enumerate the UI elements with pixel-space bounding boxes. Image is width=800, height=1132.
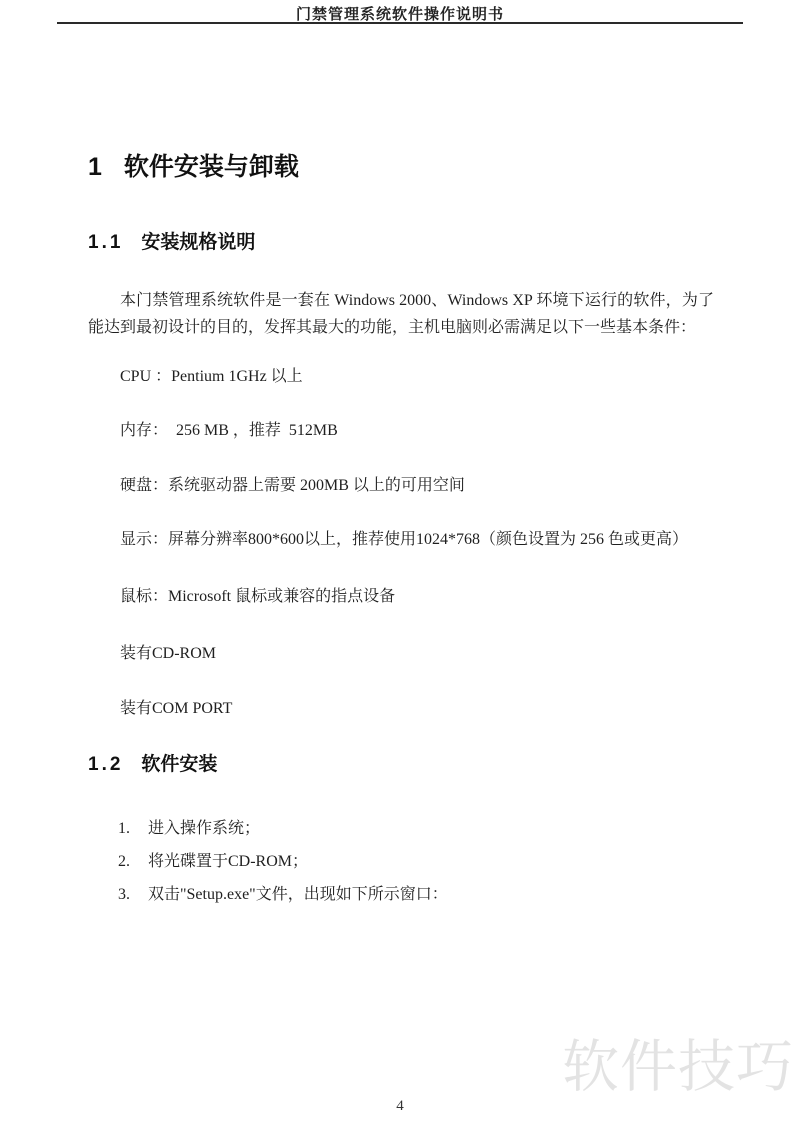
section-1-2-number: 1.2: [88, 751, 123, 778]
step-number: 3.: [118, 884, 148, 905]
document-page: 门禁管理系统软件操作说明书 1软件安装与卸载 1.1安装规格说明 本门禁管理系统…: [0, 0, 800, 1132]
section-1-1-title: 安装规格说明: [141, 232, 255, 253]
requirement-comport: 装有COM PORT: [120, 698, 712, 719]
step-text: 进入操作系统；: [148, 820, 260, 837]
install-step: 2.将光碟置于CD-ROM；: [118, 851, 712, 872]
requirement-cdrom: 装有CD-ROM: [120, 643, 712, 664]
intro-paragraph: 本门禁管理系统软件是一套在 Windows 2000、Windows XP 环境…: [88, 287, 714, 341]
page-number: 4: [0, 1098, 800, 1115]
install-step: 3.双击"Setup.exe"文件，出现如下所示窗口：: [118, 884, 712, 905]
section-heading-1-1: 1.1安装规格说明: [88, 229, 712, 256]
step-text: 双击"Setup.exe"文件，出现如下所示窗口：: [148, 886, 448, 903]
requirement-display: 显示：屏幕分辨率800*600以上，推荐使用1024*768（颜色设置为 256…: [120, 529, 712, 550]
section-1-2-title: 软件安装: [141, 754, 217, 775]
section-1-1-number: 1.1: [88, 229, 123, 256]
page-header-title: 门禁管理系统软件操作说明书: [0, 3, 800, 24]
watermark-text: 软件技巧: [562, 1036, 794, 1098]
chapter-title: 软件安装与卸载: [124, 153, 299, 181]
step-text: 将光碟置于CD-ROM；: [148, 853, 308, 870]
requirement-disk: 硬盘：系统驱动器上需要 200MB 以上的可用空间: [120, 475, 712, 496]
header-divider-rule: [57, 22, 743, 24]
requirement-mouse: 鼠标：Microsoft 鼠标或兼容的指点设备: [120, 586, 712, 607]
chapter-number: 1: [88, 150, 102, 184]
requirement-memory: 内存： 256 MB ，推荐 512MB: [120, 420, 712, 441]
step-number: 1.: [118, 818, 148, 839]
chapter-heading: 1软件安装与卸载: [88, 150, 712, 184]
step-number: 2.: [118, 851, 148, 872]
requirement-cpu: CPU ：Pentium 1GHz 以上: [120, 366, 712, 387]
section-heading-1-2: 1.2软件安装: [88, 751, 712, 778]
install-step: 1.进入操作系统；: [118, 818, 712, 839]
